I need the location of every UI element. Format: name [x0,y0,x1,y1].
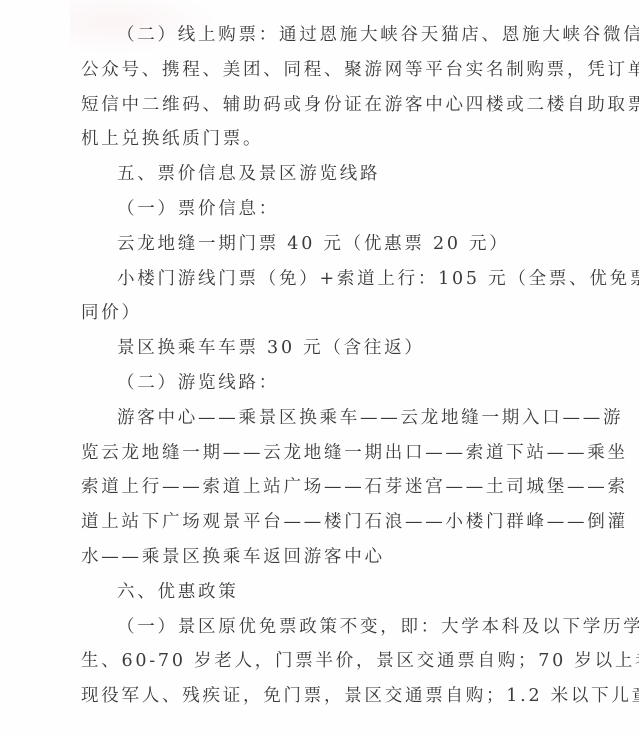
subheading-tour-route: （二）游览线路： [81,366,571,401]
ticket-price-shuttle: 景区换乘车车票 30 元（含往返） [81,331,571,366]
tour-route-line-2: 览云龙地缝一期——云龙地缝一期出口——索道下站——乘坐 [81,436,571,471]
paragraph-online-purchase-line-2: 公众号、携程、美团、同程、聚游网等平台实名制购票，凭订单 [81,53,571,88]
tour-route-line-4: 道上站下广场观景平台——楼门石浪——小楼门群峰——倒灌 [81,505,571,540]
document-body: （二）线上购票：通过恩施大峡谷天猫店、恩施大峡谷微信 公众号、携程、美团、同程、… [81,18,571,714]
tour-route-line-1: 游客中心——乘景区换乘车——云龙地缝一期入口——游 [81,401,571,436]
discount-policy-line-2: 生、60-70 岁老人，门票半价，景区交通票自购；70 岁以上老人、 [81,644,571,679]
paragraph-online-purchase-line-3: 短信中二维码、辅助码或身份证在游客中心四楼或二楼自助取票 [81,88,571,123]
discount-policy-line-3: 现役军人、残疾证，免门票，景区交通票自购；1.2 米以下儿童 [81,679,571,714]
ticket-price-xiaoloumen-line-1: 小楼门游线门票（免）+索道上行：105 元（全票、优免票 [81,262,571,297]
section-heading-ticket-and-route: 五、票价信息及景区游览线路 [81,157,571,192]
tour-route-line-5: 水——乘景区换乘车返回游客中心 [81,540,571,575]
paragraph-online-purchase-line-1: （二）线上购票：通过恩施大峡谷天猫店、恩施大峡谷微信 [81,18,571,53]
document-page: （二）线上购票：通过恩施大峡谷天猫店、恩施大峡谷微信 公众号、携程、美团、同程、… [0,0,639,734]
discount-policy-line-1: （一）景区原优免票政策不变，即：大学本科及以下学历学 [81,610,571,645]
ticket-price-xiaoloumen-line-2: 同价） [81,296,571,331]
section-heading-discount-policy: 六、优惠政策 [81,575,571,610]
ticket-price-yunlong: 云龙地缝一期门票 40 元（优惠票 20 元） [81,227,571,262]
subheading-ticket-info: （一）票价信息： [81,192,571,227]
tour-route-line-3: 索道上行——索道上站广场——石芽迷宫——土司城堡——索 [81,470,571,505]
paragraph-online-purchase-line-4: 机上兑换纸质门票。 [81,122,571,157]
